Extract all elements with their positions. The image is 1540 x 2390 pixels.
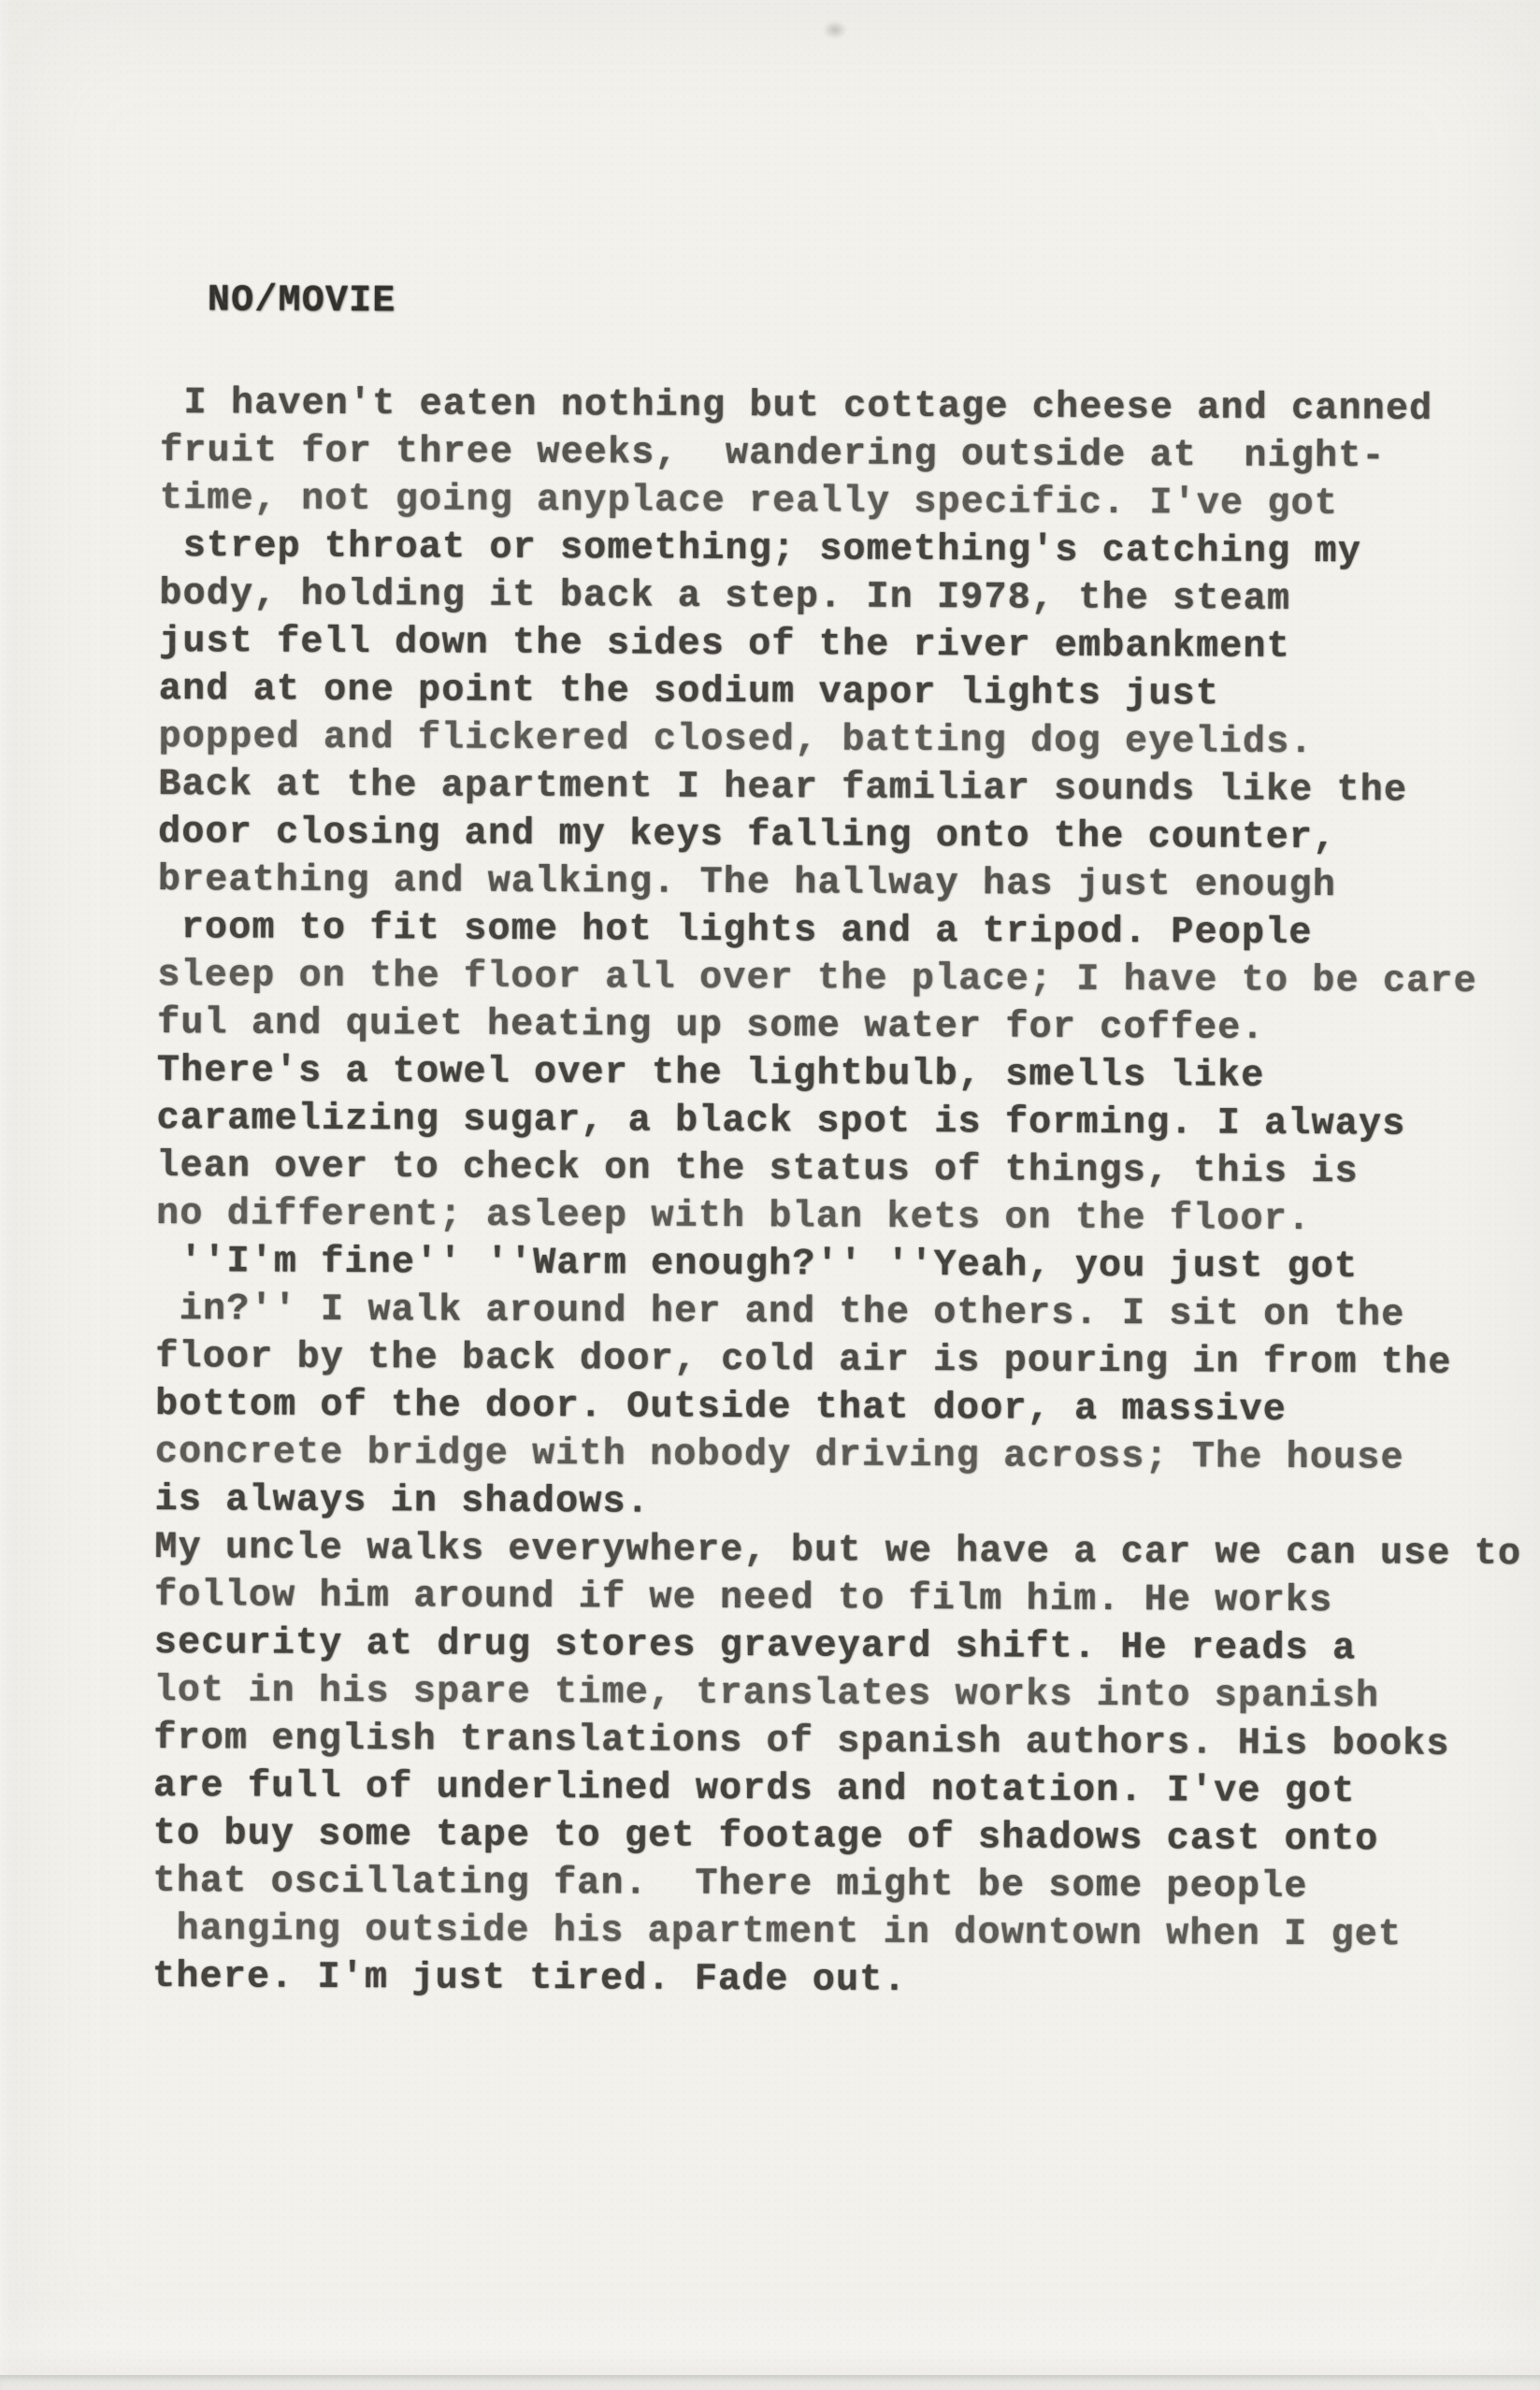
poem-line: to buy some tape to get footage of shado… bbox=[153, 1810, 1540, 1864]
poem-line: there. I'm just tired. Fade out. bbox=[152, 1953, 1540, 2008]
poem-line: sleep on the floor all over the place; I… bbox=[157, 952, 1540, 1006]
poem-line: caramelizing sugar, a black spot is form… bbox=[156, 1095, 1540, 1149]
poem-line: in?'' I walk around her and the others. … bbox=[155, 1286, 1540, 1340]
page-title: NO/MOVIE bbox=[161, 277, 1540, 331]
poem-line: bottom of the door. Outside that door, a… bbox=[155, 1381, 1540, 1435]
poem-line: hanging outside his apartment in downtow… bbox=[152, 1906, 1540, 1960]
paper-speck bbox=[823, 21, 847, 39]
poem-line: just fell down the sides of the river em… bbox=[159, 618, 1540, 672]
poem-line: body, holding it back a step. In I978, t… bbox=[159, 570, 1540, 625]
poem-line: time, not going anyplace really specific… bbox=[160, 475, 1540, 529]
poem-line: breathing and walking. The hallway has j… bbox=[158, 857, 1540, 911]
poem-line: security at drug stores graveyard shift.… bbox=[154, 1620, 1540, 1674]
poem-line: ''I'm fine'' ''Warm enough?'' ''Yeah, yo… bbox=[156, 1238, 1540, 1292]
poem-line: room to fit some hot lights and a tripod… bbox=[157, 904, 1540, 958]
poem-line: I haven't eaten nothing but cottage chee… bbox=[160, 380, 1540, 434]
poem-line: fruit for three weeks, wandering outside… bbox=[160, 427, 1540, 482]
poem-line: lot in his spare time, translates works … bbox=[153, 1667, 1540, 1721]
poem-line: lean over to check on the status of thin… bbox=[156, 1143, 1540, 1197]
poem-line: popped and flickered closed, batting dog… bbox=[158, 713, 1540, 768]
paper-sheet: NO/MOVIE I haven't eaten nothing but cot… bbox=[0, 0, 1540, 2390]
poem-line: is always in shadows. bbox=[154, 1476, 1540, 1531]
poem-line: floor by the back door, cold air is pour… bbox=[155, 1333, 1540, 1388]
poem-line: that oscillating fan. There might be som… bbox=[152, 1858, 1540, 1912]
poem-line: There's a towel over the lightbulb, smel… bbox=[157, 1047, 1540, 1101]
poem-body: I haven't eaten nothing but cottage chee… bbox=[152, 380, 1540, 2008]
poem-line: strep throat or something; something's c… bbox=[159, 523, 1540, 577]
page-bottom-edge bbox=[0, 2375, 1540, 2390]
poem-line: Back at the apartment I hear familiar so… bbox=[158, 761, 1540, 815]
poem-line: and at one point the sodium vapor lights… bbox=[159, 666, 1540, 720]
typed-text-block: NO/MOVIE I haven't eaten nothing but cot… bbox=[152, 277, 1540, 2008]
poem-line: no different; asleep with blan kets on t… bbox=[156, 1190, 1540, 1245]
poem-line: from english translations of spanish aut… bbox=[153, 1715, 1540, 1769]
poem-line: ful and quiet heating up some water for … bbox=[157, 1000, 1540, 1054]
poem-line: follow him around if we need to film him… bbox=[154, 1572, 1540, 1626]
poem-line: My uncle walks everywhere, but we have a… bbox=[154, 1524, 1540, 1578]
poem-line: door closing and my keys falling onto th… bbox=[158, 809, 1540, 863]
poem-line: concrete bridge with nobody driving acro… bbox=[155, 1429, 1540, 1483]
poem-line: are full of underlined words and notatio… bbox=[153, 1763, 1540, 1817]
